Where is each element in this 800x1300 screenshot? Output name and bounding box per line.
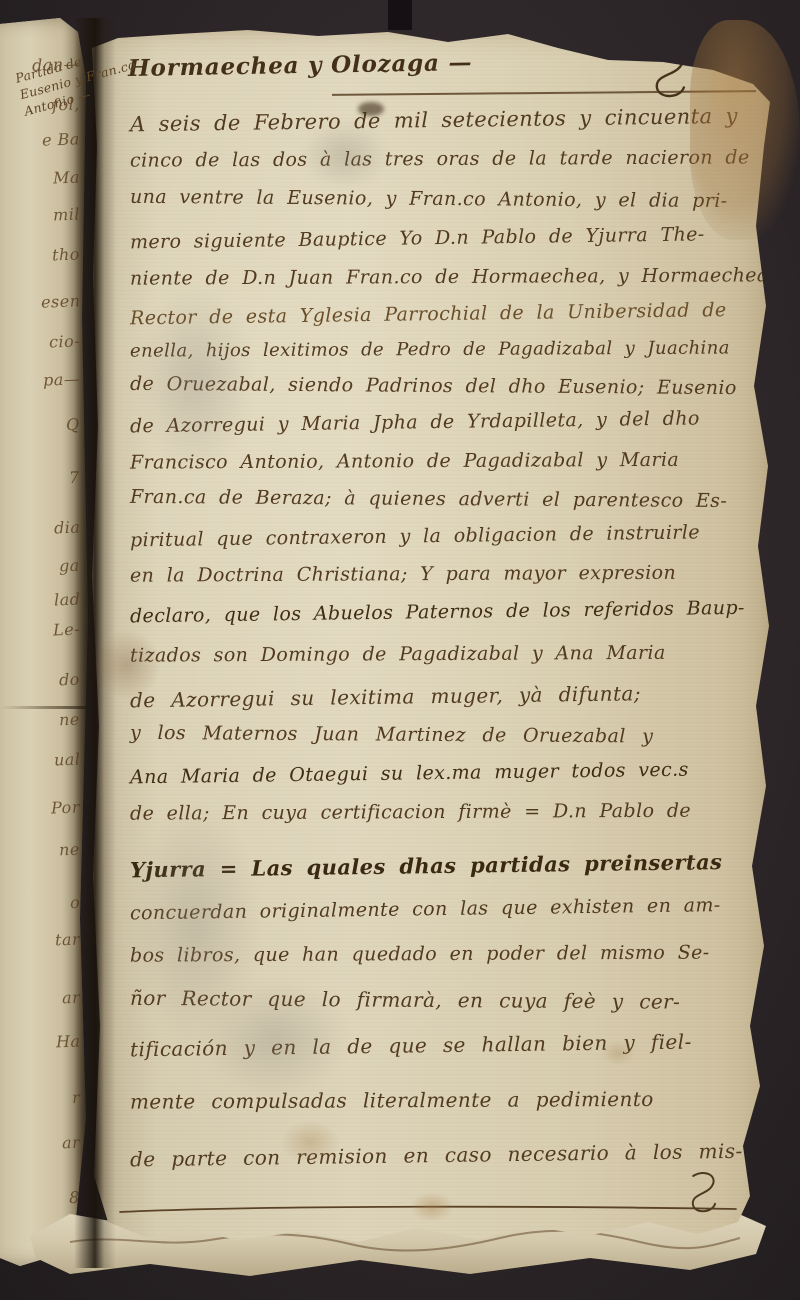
manuscript-line: de Azorregui su lexitima muger, yà difun… (130, 680, 754, 713)
manuscript-line: bos libros, que han quedado en poder del… (130, 941, 754, 966)
rubric-flourish-icon (682, 1171, 730, 1230)
left-page-fragment: e Ba (42, 129, 80, 149)
manuscript-line: cinco de las dos à las tres oras de la t… (130, 146, 754, 171)
heading-rule (332, 90, 756, 96)
manuscript-line: de Oruezabal, siendo Padrinos del dho Eu… (130, 373, 754, 399)
left-page-fragment: Por (51, 798, 81, 818)
left-page-fragment: tho (52, 245, 81, 265)
manuscript-line: A seis de Febrero de mil setecientos y c… (130, 104, 754, 137)
left-page-fragment: ne (59, 840, 80, 860)
left-page-fragment: ar (61, 1133, 80, 1153)
manuscript-line: Fran.ca de Beraza; à quienes adverti el … (130, 486, 754, 512)
left-page-fragment: do (59, 670, 81, 690)
facing-page-edge: dan— fol, e Ba Ma mil tho esen cio- pa— … (0, 18, 88, 1266)
left-page-fragment: tar (55, 930, 81, 950)
photograph-background: dan— fol, e Ba Ma mil tho esen cio- pa— … (0, 0, 800, 1300)
left-page-fragment: ne (59, 710, 80, 730)
page-fold-line (0, 706, 88, 709)
closing-rule (116, 1202, 740, 1216)
left-page-fragment: Le- (53, 620, 81, 640)
left-page-fragment: cio- (49, 331, 81, 351)
manuscript-line: mente compulsadas literalmente a pedimie… (130, 1086, 754, 1113)
manuscript-line: mero siguiente Bauptice Yo D.n Pablo de … (130, 223, 754, 254)
folio-number: 40 (609, 33, 646, 64)
manuscript-line: niente de D.n Juan Fran.co de Hormaechea… (130, 264, 754, 289)
left-page-fragment: Ma (53, 168, 81, 188)
manuscript-line: declaro, que los Abuelos Paternos de los… (130, 597, 754, 628)
manuscript-line: Rector de esta Yglesia Parrochial de la … (130, 299, 754, 330)
left-page-fragment: esen (40, 291, 80, 311)
manuscript-line: tificación y en la de que se hallan bien… (130, 1029, 754, 1062)
left-page-fragment: pa— (42, 369, 80, 389)
manuscript-page: Hormaechea y Olozaga — 40 A seis de Febr… (88, 26, 778, 1276)
book-clamp-shadow (388, 0, 412, 30)
manuscript-line: y los Maternos Juan Martinez de Oruezaba… (130, 722, 754, 748)
left-page-fragment: Q (66, 415, 80, 434)
left-page-fragment: ual (53, 750, 80, 770)
left-page-fragment: ga (59, 556, 80, 576)
manuscript-line: en la Doctrina Christiana; Y para mayor … (130, 561, 754, 586)
left-page-fragment: r (72, 1088, 81, 1107)
manuscript-line: concuerdan originalmente con las que exh… (130, 894, 754, 925)
left-page-fragment: Ha (55, 1032, 80, 1052)
manuscript-line: Francisco Antonio, Antonio de Pagadizaba… (130, 448, 754, 473)
manuscript-line: de ella; En cuya certificacion firmè = D… (130, 799, 754, 824)
left-page-fragment: mil (53, 205, 81, 225)
left-page-fragment: 8 (69, 1188, 80, 1207)
left-page-fragment: 7 (69, 468, 80, 487)
record-heading: Hormaechea y Olozaga — (128, 49, 473, 82)
left-page-fragment: lad (53, 590, 80, 610)
manuscript-line: Yjurra = Las quales dhas partidas preins… (130, 849, 754, 883)
manuscript-line: de parte con remision en caso necesario … (130, 1139, 754, 1172)
manuscript-line: Ana Maria de Otaegui su lex.ma muger tod… (130, 758, 754, 789)
manuscript-line: piritual que contraxeron y la obligacion… (130, 521, 754, 552)
left-page-fragment: dia (53, 518, 80, 538)
rubric-flourish-icon (645, 46, 695, 106)
manuscript-line: tizados son Domingo de Pagadizabal y Ana… (130, 641, 754, 666)
manuscript-line: de Azorregui y Maria Jpha de Yrdapilleta… (130, 407, 754, 438)
manuscript-line: una ventre la Eusenio, y Fran.co Antonio… (130, 186, 754, 212)
manuscript-line: ñor Rector que lo firmarà, en cuya feè y… (130, 986, 754, 1014)
manuscript-line: enella, hijos lexitimos de Pedro de Paga… (130, 337, 754, 361)
left-page-fragment: o (70, 893, 81, 912)
left-page-fragment: ar (61, 988, 80, 1008)
